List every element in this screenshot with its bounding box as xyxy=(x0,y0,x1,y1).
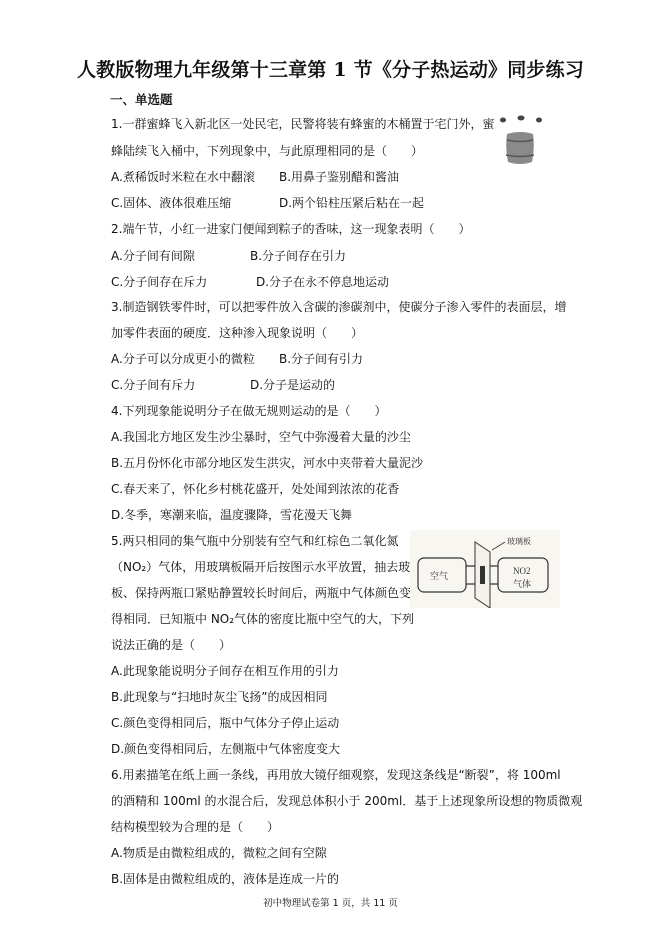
question-5-line-5: 说法正确的是（ ） xyxy=(111,637,231,653)
question-1-option-a: A.煮稀饭时米粒在水中翻滚 xyxy=(111,169,255,185)
question-2-option-a: A.分子间有间隙 xyxy=(111,248,195,264)
question-6-option-b: B.固体是由微粒组成的，液体是连成一片的 xyxy=(111,871,339,887)
section-heading: 一、单选题 xyxy=(110,90,173,108)
question-4-option-a: A.我国北方地区发生沙尘暴时，空气中弥漫着大量的沙尘 xyxy=(111,429,411,445)
question-4-option-c: C.春天来了，怀化乡村桃花盛开，处处闻到浓浓的花香 xyxy=(111,481,399,497)
question-2-option-d: D.分子在永不停息地运动 xyxy=(256,274,389,290)
question-3-line-1: 3.制造钢铁零件时，可以把零件放入含碳的渗碳剂中，使碳分子渗入零件的表面层，增 xyxy=(111,299,566,315)
question-2-option-b: B.分子间存在引力 xyxy=(250,248,346,264)
question-5-option-b: B.此现象与“扫地时灰尘飞扬”的成因相同 xyxy=(111,689,327,705)
question-1-option-c: C.固体、液体很难压缩 xyxy=(111,195,231,211)
question-4-option-b: B.五月份怀化市部分地区发生洪灾，河水中夹带着大量泥沙 xyxy=(111,455,423,471)
page-footer: 初中物理试卷第 1 页，共 11 页 xyxy=(0,895,661,909)
question-3-option-a: A.分子可以分成更小的微粒 xyxy=(111,351,255,367)
gas-bottles-diagram: 玻璃板 空气 NO2 气体 xyxy=(410,530,560,608)
gas-label: 气体 xyxy=(513,578,531,590)
question-4-line-1: 4.下列现象能说明分子在做无规则运动的是（ ） xyxy=(111,403,386,419)
question-2-line-1: 2.端午节，小红一进家门便闻到粽子的香味，这一现象表明（ ） xyxy=(111,221,470,237)
question-1-line-2: 蜂陆续飞入桶中，下列现象中，与此原理相同的是（ ） xyxy=(111,143,423,159)
question-5-line-4: 得相同．已知瓶中 NO₂气体的密度比瓶中空气的大，下列 xyxy=(111,611,414,627)
question-2-option-c: C.分子间存在斥力 xyxy=(111,274,207,290)
honey-barrel-illustration xyxy=(495,110,545,170)
question-5-option-a: A.此现象能说明分子间存在相互作用的引力 xyxy=(111,663,339,679)
question-4-option-d: D.冬季，寒潮来临，温度骤降，雪花漫天飞舞 xyxy=(111,507,352,523)
question-6-option-a: A.物质是由微粒组成的，微粒之间有空隙 xyxy=(111,845,327,861)
question-3-option-b: B.分子间有引力 xyxy=(279,351,363,367)
question-5-line-2: （NO₂）气体，用玻璃板隔开后按图示水平放置，抽去玻璃 xyxy=(111,559,422,575)
question-6-line-2: 的酒精和 100ml 的水混合后，发现总体积小于 200ml．基于上述现象所设想… xyxy=(111,793,582,809)
question-5-option-c: C.颜色变得相同后，瓶中气体分子停止运动 xyxy=(111,715,339,731)
question-1-option-d: D.两个铅柱压紧后粘在一起 xyxy=(279,195,424,211)
question-5-line-3: 板、保持两瓶口紧贴静置较长时间后，两瓶中气体颜色变 xyxy=(111,585,411,601)
plate-label: 玻璃板 xyxy=(507,536,531,546)
question-3-option-c: C.分子间有斥力 xyxy=(111,377,195,393)
question-6-line-3: 结构模型较为合理的是（ ） xyxy=(111,819,279,835)
question-5-option-d: D.颜色变得相同后，左侧瓶中气体密度变大 xyxy=(111,741,340,757)
air-label: 空气 xyxy=(430,570,448,582)
question-3-option-d: D.分子是运动的 xyxy=(250,377,335,393)
question-3-line-2: 加零件表面的硬度．这种渗入现象说明（ ） xyxy=(111,325,363,341)
question-1-option-b: B.用鼻子鉴别醋和酱油 xyxy=(279,169,399,185)
question-1-line-1: 1.一群蜜蜂飞入新北区一处民宅，民警将装有蜂蜜的木桶置于宅门外，蜜 xyxy=(111,116,494,132)
question-6-line-1: 6.用素描笔在纸上画一条线，再用放大镜仔细观察，发现这条线是“断裂”，将 100… xyxy=(111,767,561,783)
question-5-line-1: 5.两只相同的集气瓶中分别装有空气和红棕色二氧化氮 xyxy=(111,533,398,549)
no2-label: NO2 xyxy=(513,566,531,576)
document-title: 人教版物理九年级第十三章第 1 节《分子热运动》同步练习 xyxy=(0,55,661,82)
